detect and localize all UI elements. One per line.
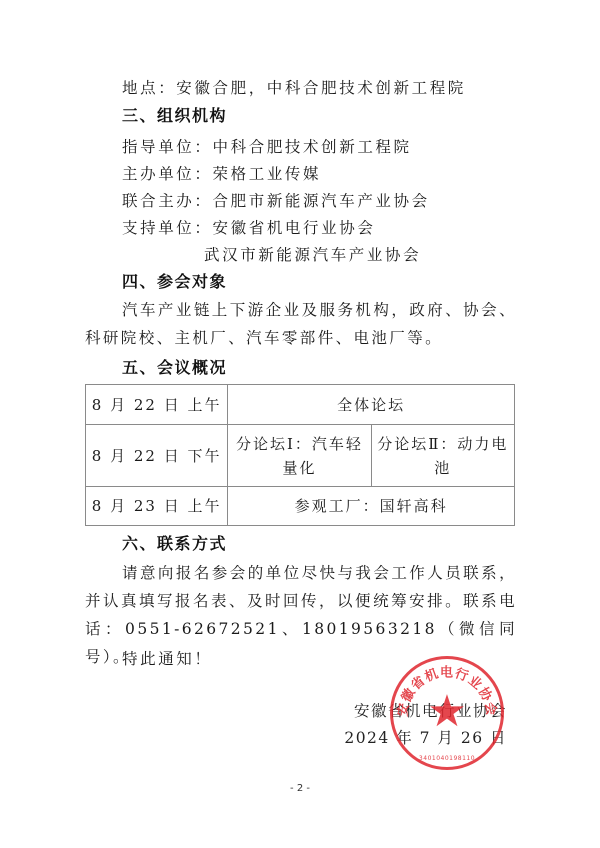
table-row: 8 月 22 日 上午 全体论坛: [86, 385, 515, 425]
section-4-heading: 四、参会对象: [122, 272, 227, 292]
section-5-heading: 五、会议概况: [122, 358, 227, 378]
org-row-label: 支持单位：: [122, 219, 213, 237]
schedule-event: 全体论坛: [228, 385, 515, 425]
schedule-table: 8 月 22 日 上午 全体论坛 8 月 22 日 下午 分论坛Ⅰ：汽车轻量化 …: [85, 384, 515, 526]
schedule-date: 8 月 23 日 上午: [86, 487, 228, 526]
org-row-guidance: 指导单位：中科合肥技术创新工程院: [122, 137, 412, 157]
section-3-heading: 三、组织机构: [122, 106, 227, 126]
org-row-host: 主办单位：荣格工业传媒: [122, 164, 321, 184]
page-number: - 2 -: [0, 783, 600, 794]
org-row-label: 指导单位：: [122, 138, 213, 156]
org-row-value: 武汉市新能源汽车产业协会: [204, 246, 421, 264]
schedule-date: 8 月 22 日 下午: [86, 425, 228, 487]
org-row-label: 主办单位：: [122, 165, 213, 183]
seal-code: 3401040198110: [419, 755, 475, 762]
table-row: 8 月 23 日 上午 参观工厂：国轩高科: [86, 487, 515, 526]
star-icon: ★: [427, 690, 466, 734]
org-row-value: 中科合肥技术创新工程院: [213, 138, 412, 156]
schedule-event: 参观工厂：国轩高科: [228, 487, 515, 526]
org-row-support-2: 武汉市新能源汽车产业协会: [204, 245, 421, 265]
org-row-co-host: 联合主办：合肥市新能源汽车产业协会: [122, 191, 430, 211]
schedule-event: 分论坛Ⅱ：动力电池: [371, 425, 514, 487]
official-seal: 安徽省机电行业协会 ★ 3401040198110: [390, 656, 504, 770]
section-6-heading: 六、联系方式: [122, 534, 227, 554]
section-4-body: 汽车产业链上下游企业及服务机构，政府、协会、科研院校、主机厂、汽车零部件、电池厂…: [85, 296, 517, 352]
org-row-support: 支持单位：安徽省机电行业协会: [122, 218, 375, 238]
org-row-label: 联合主办：: [122, 192, 213, 210]
schedule-event: 分论坛Ⅰ：汽车轻量化: [228, 425, 371, 487]
org-row-value: 荣格工业传媒: [213, 165, 322, 183]
org-row-value: 合肥市新能源汽车产业协会: [213, 192, 430, 210]
org-row-value: 安徽省机电行业协会: [213, 219, 376, 237]
schedule-date: 8 月 22 日 上午: [86, 385, 228, 425]
closing-line: 特此通知！: [122, 649, 213, 669]
location-line: 地点：安徽合肥，中科合肥技术创新工程院: [122, 78, 466, 98]
table-row: 8 月 22 日 下午 分论坛Ⅰ：汽车轻量化 分论坛Ⅱ：动力电池: [86, 425, 515, 487]
